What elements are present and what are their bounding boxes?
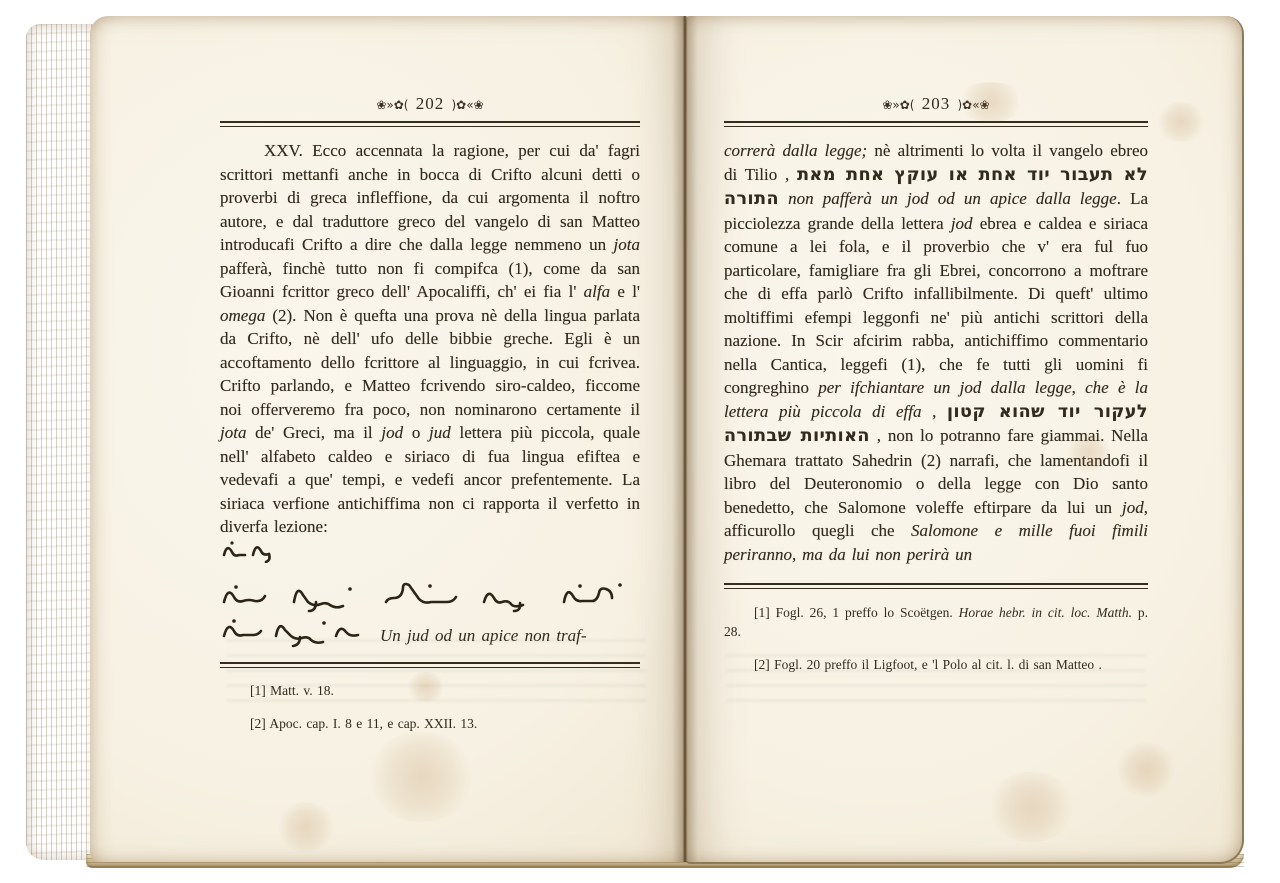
footnote: [1] Fogl. 26, 1 preffo lo Scoëtgen. Hora… — [724, 603, 1148, 642]
text-segment: (2). Non è quefta una prova nè della lin… — [220, 306, 640, 419]
syriac-line-1 — [220, 580, 638, 614]
text-segment: [2] Apoc. cap. I. 8 e 11, e cap. XXII. 1… — [250, 716, 477, 731]
page-202-content: ❀»✿( 202 )✿«❀ XXV. Ecco accennata la rag… — [220, 16, 640, 747]
page-203: ❀»✿( 203 )✿«❀ correrà dalla legge; nè al… — [686, 16, 1244, 864]
text-segment: jota — [220, 423, 246, 442]
syriac-row-2: Un jud od un apice non traf- — [220, 616, 640, 648]
text-segment: , — [921, 402, 947, 421]
text-segment: omega — [220, 306, 265, 325]
syriac-row-1 — [220, 580, 640, 614]
syriac-caption: Un jud od un apice non traf- — [380, 624, 587, 648]
text-segment: [2] Fogl. 20 preffo il Ligfoot, e 'l Pol… — [754, 657, 1102, 672]
page-202: ❀»✿( 202 )✿«❀ XXV. Ecco accennata la rag… — [90, 16, 686, 862]
open-book: ❀»✿( 202 )✿«❀ XXV. Ecco accennata la rag… — [26, 12, 1242, 870]
header-ornament-left: ❀»✿( — [376, 98, 408, 112]
text-segment: [1] Matt. v. 18. — [250, 683, 334, 698]
page-203-paragraph: correrà dalla legge; nè altrimenti lo vo… — [724, 139, 1148, 566]
footnote-rule — [724, 583, 1148, 589]
page-202-header: ❀»✿( 202 )✿«❀ — [220, 94, 640, 114]
footnote: [2] Apoc. cap. I. 8 e 11, e cap. XXII. 1… — [220, 714, 640, 734]
text-segment: jota — [614, 235, 640, 254]
page-202-footnotes: [1] Matt. v. 18. [2] Apoc. cap. I. 8 e 1… — [220, 681, 640, 734]
text-segment: jud — [429, 423, 451, 442]
footnote: [2] Fogl. 20 preffo il Ligfoot, e 'l Pol… — [724, 655, 1148, 675]
text-segment: ebrea e caldea e siriaca comune a lei fo… — [724, 214, 1148, 398]
text-segment: alfa — [584, 282, 610, 301]
syriac-line-2 — [220, 616, 370, 648]
book-gutter — [672, 16, 698, 862]
book-page-edges-left — [26, 24, 98, 860]
text-segment: ma da lui non perirà un — [802, 545, 972, 564]
header-ornament-left: ❀»✿( — [882, 98, 914, 112]
header-ornament-right: )✿«❀ — [452, 98, 484, 112]
text-segment: , — [1072, 378, 1086, 397]
page-203-header: ❀»✿( 203 )✿«❀ — [724, 94, 1148, 114]
text-segment: de' Greci, ma il — [246, 423, 381, 442]
page-202-paragraph: XXV. Ecco accennata la ragione, per cui … — [220, 139, 640, 563]
text-segment: Horae hebr. in cit. loc. Matth. — [959, 605, 1132, 620]
text-segment: o — [403, 423, 429, 442]
footnote: [1] Matt. v. 18. — [220, 681, 640, 701]
header-ornament-right: )✿«❀ — [958, 98, 990, 112]
text-segment: correrà dalla legge; — [724, 141, 867, 160]
text-segment: jod — [381, 423, 403, 442]
text-segment: pafferà, finchè tutto non fi compifca (1… — [220, 259, 640, 302]
page-number-202: 202 — [414, 94, 447, 113]
header-rule — [724, 121, 1148, 127]
page-203-content: ❀»✿( 203 )✿«❀ correrà dalla legge; nè al… — [724, 16, 1148, 688]
text-segment: jod — [951, 214, 973, 233]
text-segment — [779, 189, 788, 208]
text-segment: [1] Fogl. 26, 1 preffo lo Scoëtgen. — [754, 605, 959, 620]
text-segment: XXV. Ecco accennata la ragione, per cui … — [220, 141, 640, 254]
text-segment: e l' — [610, 282, 640, 301]
text-segment: per ifchiantare un jod dalla legge — [818, 378, 1071, 397]
syriac-word-inline — [220, 539, 276, 563]
text-segment: , — [792, 545, 802, 564]
header-rule — [220, 121, 640, 127]
footnote-rule — [220, 662, 640, 668]
page-203-footnotes: [1] Fogl. 26, 1 preffo lo Scoëtgen. Hora… — [724, 603, 1148, 675]
syriac-line-2-holder — [220, 616, 370, 648]
text-segment: jod — [1122, 498, 1144, 517]
text-segment: non pafferà un jod od un apice dalla leg… — [788, 189, 1117, 208]
page-number-203: 203 — [920, 94, 953, 113]
